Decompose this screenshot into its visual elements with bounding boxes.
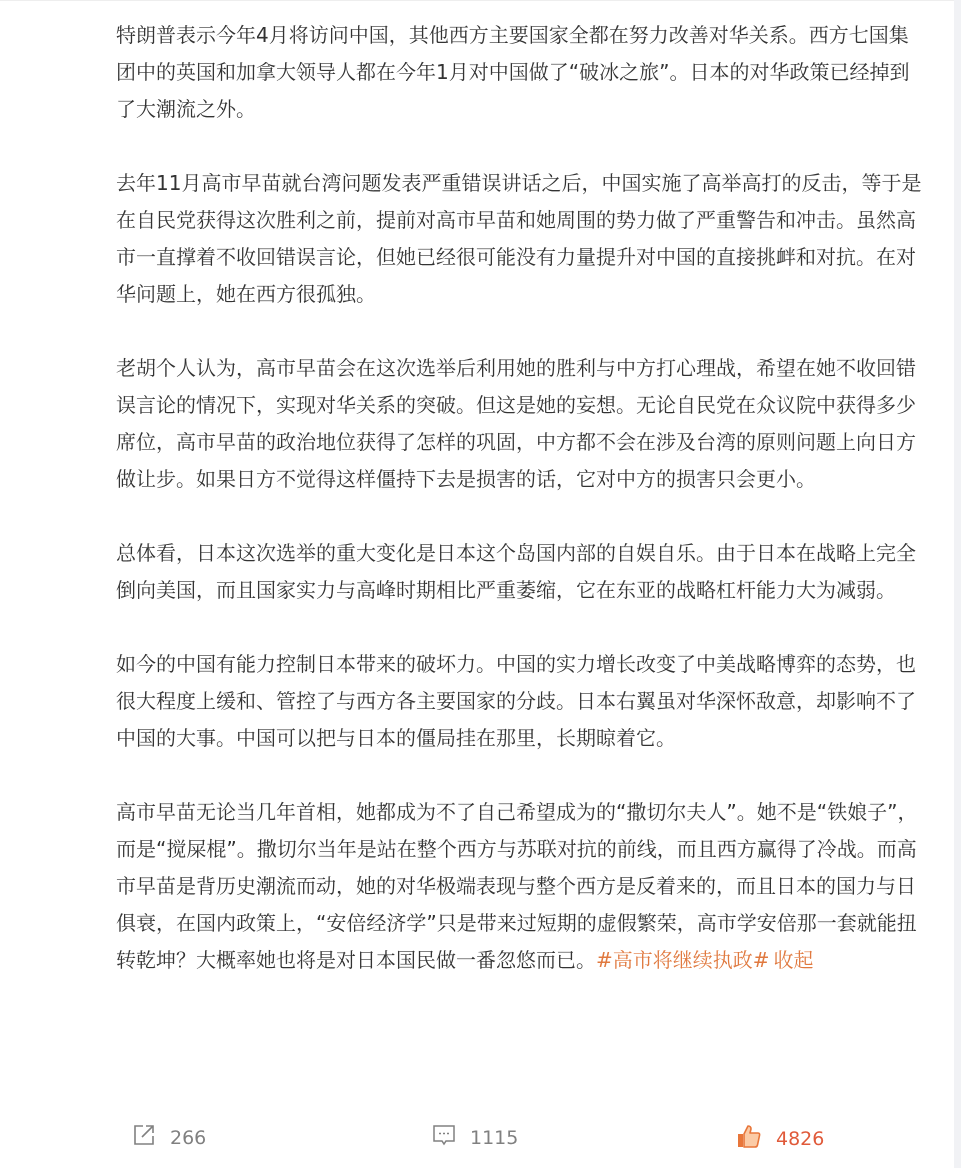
post-paragraph: 如今的中国有能力控制日本带来的破坏力。中国的实力增长改变了中美战略博弈的态势，也… [116,646,928,757]
like-count: 4826 [776,1128,824,1150]
post-card: 特朗普表示今年4月将访问中国，其他西方主要国家全都在努力改善对华关系。西方七国集… [0,0,954,1167]
post-paragraph: 去年11月高市早苗就台湾问题发表严重错误讲话之后，中国实施了高举高打的反击，等于… [116,165,928,313]
post-paragraph: 总体看，日本这次选举的重大变化是日本这个岛国内部的自娱自乐。由于日本在战略上完全… [116,535,928,609]
action-bar: 266 1115 4826 [0,1117,954,1159]
thumbs-up-icon [736,1123,776,1154]
repost-button[interactable]: 266 [132,1123,206,1152]
post-paragraph-text: 高市早苗无论当几年首相，她都成为不了自己希望成为的“撒切尔夫人”。她不是“铁娘子… [116,800,917,972]
repost-count: 266 [170,1127,206,1149]
share-icon [132,1123,170,1152]
collapse-link[interactable]: 收起 [774,948,814,972]
post-paragraph: 老胡个人认为，高市早苗会在这次选举后利用她的胜利与中方打心理战，希望在她不收回错… [116,350,928,498]
like-button[interactable]: 4826 [736,1123,824,1154]
post-body: 特朗普表示今年4月将访问中国，其他西方主要国家全都在努力改善对华关系。西方七国集… [116,17,928,979]
comment-count: 1115 [470,1127,518,1149]
hashtag-link[interactable]: #高市将继续执政# [596,948,770,972]
post-paragraph-last: 高市早苗无论当几年首相，她都成为不了自己希望成为的“撒切尔夫人”。她不是“铁娘子… [116,794,928,979]
comment-button[interactable]: 1115 [432,1123,518,1152]
post-paragraph: 特朗普表示今年4月将访问中国，其他西方主要国家全都在努力改善对华关系。西方七国集… [116,17,928,128]
comment-icon [432,1123,470,1152]
